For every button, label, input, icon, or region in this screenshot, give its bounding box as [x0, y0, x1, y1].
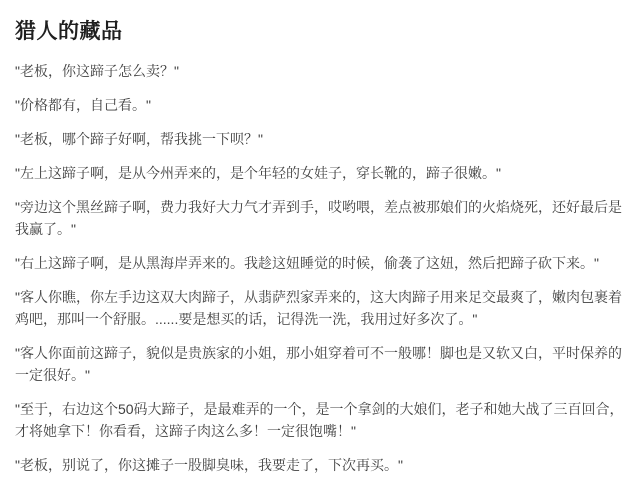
paragraph-7: "客人你瞧，你左手边这双大肉蹄子，从翡萨烈家弄来的，这大肉蹄子用来足交最爽了，嫩… [15, 286, 630, 330]
paragraph-2: "价格都有，自己看。" [15, 94, 630, 116]
paragraph-4: "左上这蹄子啊，是从今州弄来的，是个年轻的女娃子，穿长靴的，蹄子很嫩。" [15, 162, 630, 184]
paragraph-5: "旁边这个黑丝蹄子啊，费力我好大力气才弄到手，哎哟喂，差点被那娘们的火焰烧死，还… [15, 196, 630, 240]
page-title: 猎人的藏品 [15, 19, 630, 45]
article: 猎人的藏品 "老板，你这蹄子怎么卖？" "价格都有，自己看。" "老板，哪个蹄子… [0, 0, 644, 476]
paragraph-6: "右上这蹄子啊，是从黑海岸弄来的。我趁这妞睡觉的时候，偷袭了这妞，然后把蹄子砍下… [15, 252, 630, 274]
paragraph-10: "老板，别说了，你这摊子一股脚臭味，我要走了，下次再买。" [15, 454, 630, 476]
paragraph-3: "老板，哪个蹄子好啊，帮我挑一下呗？" [15, 128, 630, 150]
paragraph-8: "客人你面前这蹄子，貌似是贵族家的小姐，那小姐穿着可不一般哪！脚也是又软又白，平… [15, 342, 630, 386]
paragraph-9: "至于，右边这个50码大蹄子，是最难弄的一个，是一个拿剑的大娘们，老子和她大战了… [15, 398, 630, 442]
paragraph-1: "老板，你这蹄子怎么卖？" [15, 60, 630, 82]
